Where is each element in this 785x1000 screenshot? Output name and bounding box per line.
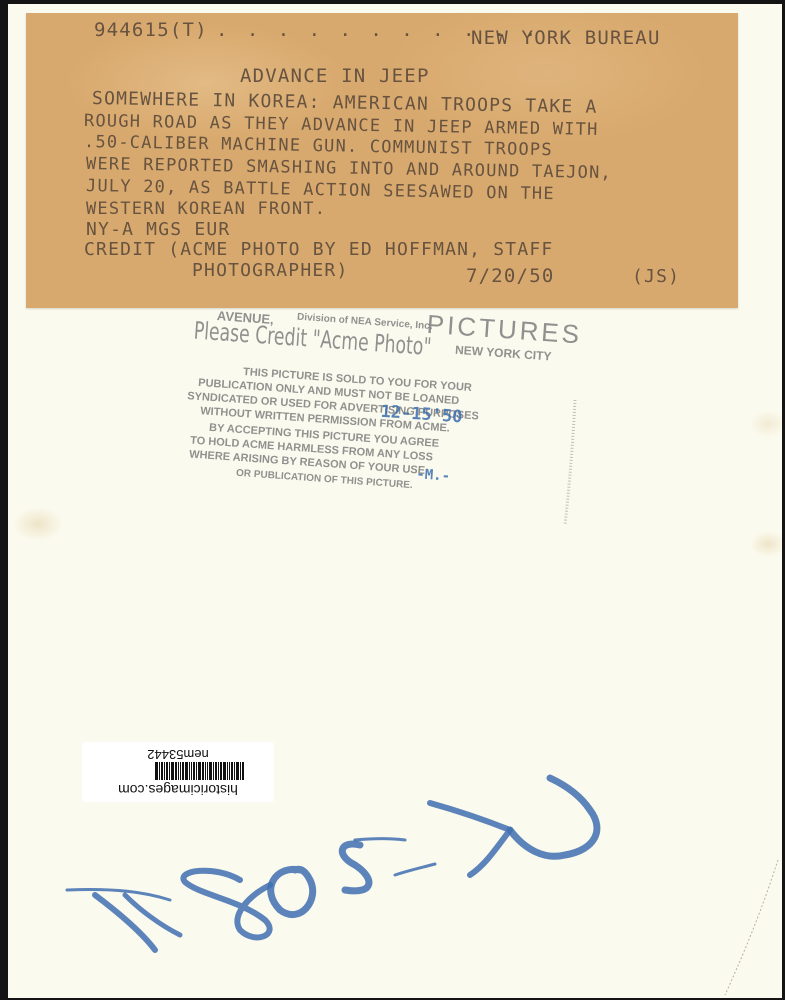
caption-id: 944615(T)	[94, 19, 208, 41]
acme-credit-stamp: PICTURES Division of NEA Service, Inc. A…	[172, 300, 567, 551]
caption-routing: NY-A MGS EUR	[86, 219, 230, 240]
caption-headline: ADVANCE IN JEEP	[240, 65, 430, 87]
stamp-edge-smudge	[555, 400, 585, 530]
caption-body-line: WESTERN KOREAN FRONT.	[86, 199, 326, 219]
caption-date: 7/20/50	[466, 265, 554, 287]
caption-bureau: NEW YORK BUREAU	[471, 27, 661, 49]
received-initials-mark: -M.-	[416, 466, 451, 484]
caption-credit-line2: PHOTOGRAPHER)	[192, 260, 348, 281]
caption-slip: 944615(T) . . . . . . . . . . . NEW YORK…	[26, 13, 738, 308]
handwritten-file-number: A805-4	[55, 760, 635, 970]
caption-initials: (JS)	[632, 266, 680, 287]
paper-crease	[720, 860, 780, 1000]
caption-credit-line1: CREDIT (ACME PHOTO BY ED HOFFMAN, STAFF	[84, 239, 553, 260]
